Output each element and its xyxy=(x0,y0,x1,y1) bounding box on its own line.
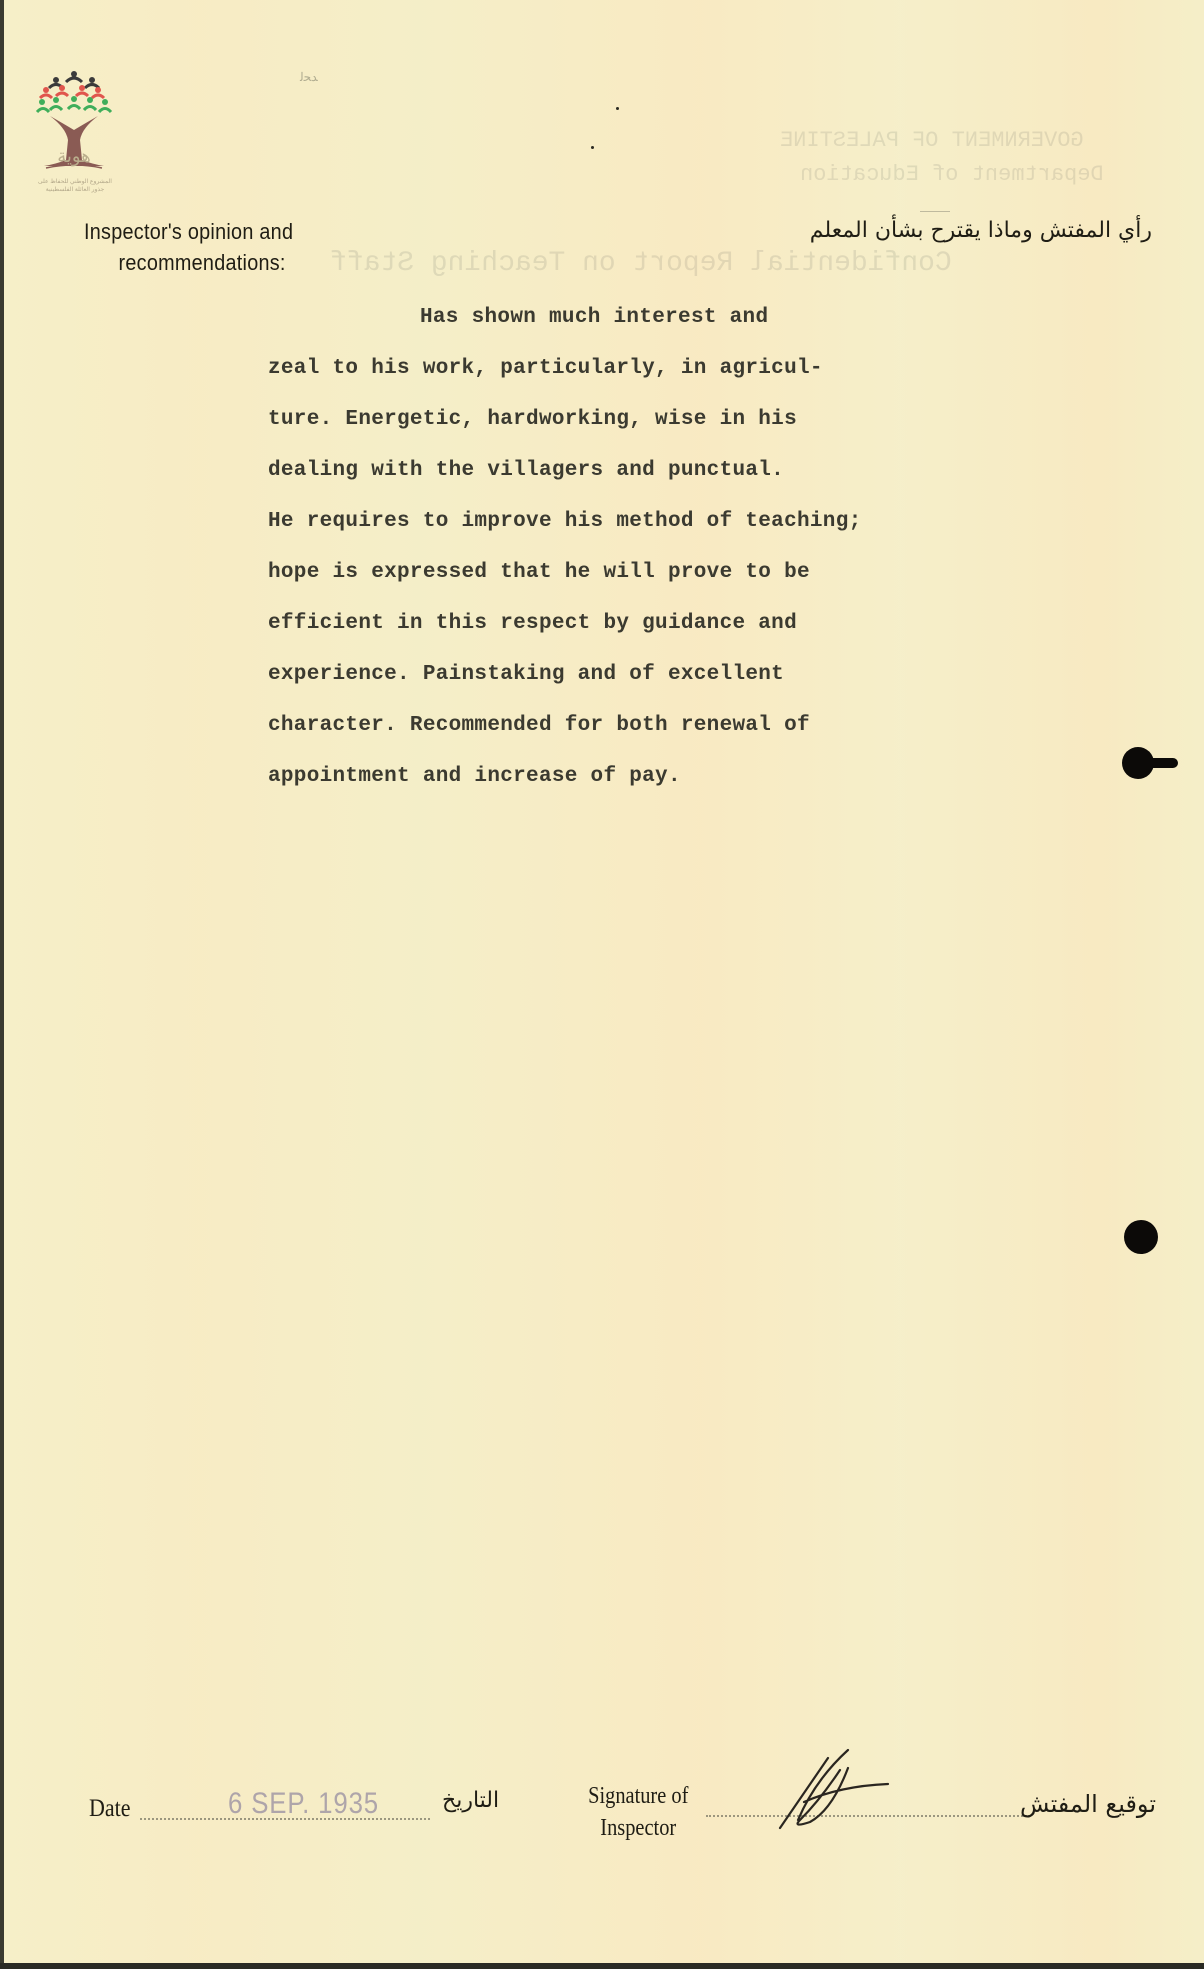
label-line: Inspector xyxy=(566,1812,711,1844)
tree-of-people-icon xyxy=(36,48,112,198)
signature-label: Signature of Inspector xyxy=(566,1780,711,1844)
field-label-inspector-opinion-ar: رأي المفتش وماذا يقترح بشأن المعلم xyxy=(810,218,1152,243)
scan-edge-bottom xyxy=(0,1963,1204,1969)
punch-hole xyxy=(1124,1220,1158,1254)
ink-speck xyxy=(591,146,594,149)
text-line: hope is expressed that he will prove to … xyxy=(268,547,862,598)
logo-caption: المشروع الوطني للحفاظ على جذور العائلة ا… xyxy=(30,178,120,194)
bleed-through-line: Confidential Report on Teaching Staff xyxy=(330,248,952,279)
signature-mark xyxy=(770,1740,910,1840)
date-stamp: 6 SEP. 1935 xyxy=(228,1787,379,1821)
bleed-through-line: GOVERNMENT OF PALESTINE xyxy=(780,128,1084,153)
punch-hole-tear xyxy=(1148,758,1178,768)
logo-caption-line: المشروع الوطني للحفاظ على xyxy=(30,178,120,186)
ink-speck xyxy=(616,107,619,110)
typewritten-opinion: Has shown much interest and zeal to his … xyxy=(268,292,862,802)
label-line: Signature of xyxy=(566,1780,711,1812)
text-line: character. Recommended for both renewal … xyxy=(268,700,862,751)
logo-caption-line: جذور العائلة الفلسطينية xyxy=(30,186,120,194)
text-line: ture. Energetic, hardworking, wise in hi… xyxy=(268,394,862,445)
label-line: Inspector's opinion and xyxy=(84,216,293,247)
logo-wordmark: هوية xyxy=(48,146,100,167)
bleed-through-line: Department of Education xyxy=(800,162,1104,187)
scan-edge-left xyxy=(0,0,4,1969)
text-line: zeal to his work, particularly, in agric… xyxy=(268,343,862,394)
text-line: dealing with the villagers and punctual. xyxy=(268,445,862,496)
text-line: Has shown much interest and xyxy=(268,292,862,343)
text-line: appointment and increase of pay. xyxy=(268,751,862,802)
date-label-ar: التاريخ xyxy=(442,1788,499,1813)
signature-label-ar: توقيع المفتش xyxy=(1020,1790,1156,1818)
label-line: recommendations: xyxy=(84,247,293,278)
text-line: efficient in this respect by guidance an… xyxy=(268,598,862,649)
text-line: experience. Painstaking and of excellent xyxy=(268,649,862,700)
text-line: He requires to improve his method of tea… xyxy=(268,496,862,547)
divider xyxy=(920,211,950,212)
field-label-inspector-opinion: Inspector's opinion and recommendations: xyxy=(84,216,293,278)
margin-note: ﺪﺤﻟ xyxy=(300,70,318,84)
date-label: Date xyxy=(89,1795,131,1823)
